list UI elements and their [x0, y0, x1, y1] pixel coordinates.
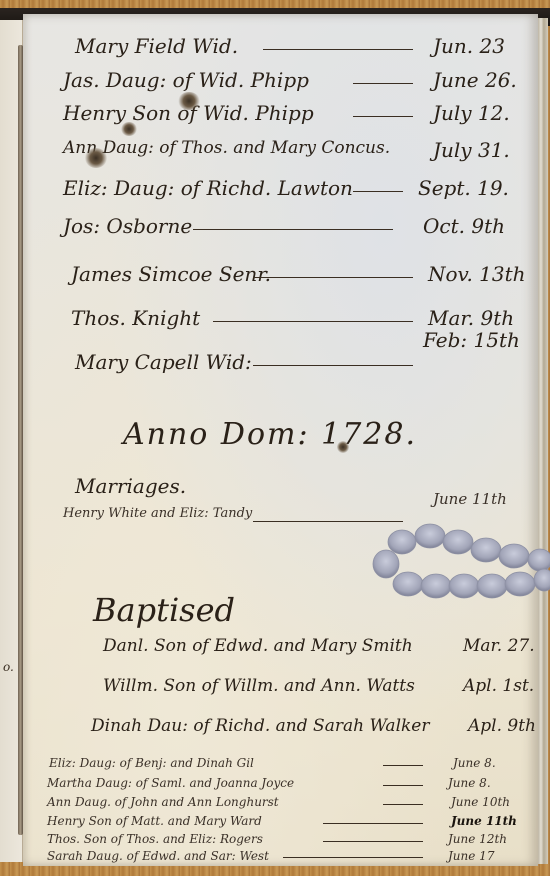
- entry-name: Mary Field Wid.: [75, 34, 238, 58]
- burial-entry: Mary Capell Wid: Feb: 15th: [23, 350, 538, 380]
- leader-dash: [193, 229, 393, 230]
- entry-date: Apl. 9th: [468, 716, 536, 736]
- burial-entry: Henry Son of Wid. Phipp July 12.: [23, 101, 538, 131]
- entry-date: Feb: 15th: [423, 328, 520, 352]
- leader-dash: [353, 116, 413, 117]
- entry-name: Sarah Daug. of Edwd. and Sar: West: [47, 849, 269, 863]
- leader-dash: [253, 277, 413, 278]
- entry-name: Eliz: Daug: of Benj: and Dinah Gil: [49, 756, 254, 770]
- baptised-heading: Baptised: [93, 591, 235, 629]
- burial-entry: Eliz: Daug: of Richd. Lawton Sept. 19.: [23, 176, 538, 206]
- entry-date: Sept. 19.: [418, 176, 509, 200]
- entry-date: Mar. 9th: [428, 306, 514, 330]
- entry-date: Apl. 1st.: [463, 676, 534, 696]
- entry-name: Dinah Dau: of Richd. and Sarah Walker: [91, 716, 430, 736]
- baptism-entry: Thos. Son of Thos. and Eliz: Rogers June…: [23, 832, 538, 850]
- baptism-entry: Danl. Son of Edwd. and Mary Smith Mar. 2…: [23, 636, 538, 666]
- entry-name: Jas. Daug: of Wid. Phipp: [63, 68, 309, 92]
- entry-date: June 8.: [448, 776, 491, 790]
- entry-name: Mary Capell Wid:: [75, 350, 252, 374]
- entry-date: June 11th: [451, 814, 517, 828]
- entry-name: Thos. Knight: [71, 306, 200, 330]
- entry-date: Oct. 9th: [423, 214, 505, 238]
- entry-name: Henry Son of Matt. and Mary Ward: [47, 814, 262, 828]
- entry-name: Danl. Son of Edwd. and Mary Smith: [103, 636, 413, 656]
- leader-dash: [323, 841, 423, 842]
- entry-date: June 8.: [453, 756, 496, 770]
- baptism-entry: Willm. Son of Willm. and Ann. Watts Apl.…: [23, 676, 538, 706]
- ink-blot: [85, 148, 107, 168]
- entry-date: June 17: [448, 849, 494, 863]
- bookmark-ribbon: [372, 518, 550, 600]
- burial-entry: Jas. Daug: of Wid. Phipp June 26.: [23, 68, 538, 98]
- entry-name: Martha Daug: of Saml. and Joanna Joyce: [47, 776, 294, 790]
- leader-dash: [253, 365, 413, 366]
- entry-name: Ann Daug. of John and Ann Longhurst: [47, 795, 279, 809]
- entry-date: Mar. 27.: [463, 636, 535, 656]
- entry-date: Nov. 13th: [428, 262, 526, 286]
- entry-name: Eliz: Daug: of Richd. Lawton: [63, 176, 353, 200]
- entry-name: Henry White and Eliz: Tandy: [63, 506, 252, 521]
- entry-date: June 12th: [448, 832, 507, 846]
- entry-name: Willm. Son of Willm. and Ann. Watts: [103, 676, 415, 696]
- ink-blot: [178, 92, 200, 110]
- entry-date: June 10th: [451, 795, 510, 809]
- entry-date: June 26.: [433, 68, 517, 92]
- baptism-entry: Martha Daug: of Saml. and Joanna Joyce J…: [23, 776, 538, 794]
- ink-blot: [337, 441, 349, 453]
- leader-dash: [383, 804, 423, 805]
- leader-dash: [323, 823, 423, 824]
- register-page: Mary Field Wid. Jun. 23 Jas. Daug: of Wi…: [23, 14, 538, 866]
- year-heading: Anno Dom: 1728.: [123, 417, 417, 452]
- leader-dash: [213, 321, 413, 322]
- entry-name: Ann Daug: of Thos. and Mary Concus.: [63, 138, 390, 158]
- entry-date: June 11th: [433, 490, 507, 508]
- leader-dash: [263, 49, 413, 50]
- baptism-entry: Dinah Dau: of Richd. and Sarah Walker Ap…: [23, 716, 538, 746]
- burial-entry: James Simcoe Senr. Nov. 13th: [23, 262, 538, 292]
- leader-dash: [353, 83, 413, 84]
- entry-name: Jos: Osborne: [63, 214, 192, 238]
- burial-entry: Jos: Osborne Oct. 9th: [23, 214, 538, 244]
- entry-name: Thos. Son of Thos. and Eliz: Rogers: [47, 832, 263, 846]
- entry-date: July 31.: [433, 138, 510, 162]
- entry-date: Jun. 23: [433, 34, 505, 58]
- ink-blot: [121, 122, 137, 136]
- baptism-entry: Eliz: Daug: of Benj: and Dinah Gil June …: [23, 756, 538, 774]
- leader-dash: [383, 785, 423, 786]
- leader-dash: [283, 857, 423, 858]
- marriages-heading: Marriages.: [75, 474, 186, 498]
- baptism-entry: Henry Son of Matt. and Mary Ward June 11…: [23, 814, 538, 832]
- leader-dash: [383, 765, 423, 766]
- baptism-entry: Sarah Daug. of Edwd. and Sar: West June …: [23, 849, 538, 865]
- leader-dash: [353, 191, 403, 192]
- baptism-entry: Ann Daug. of John and Ann Longhurst June…: [23, 795, 538, 813]
- burial-entry: Mary Field Wid. Jun. 23: [23, 34, 538, 64]
- entry-name: James Simcoe Senr.: [71, 262, 271, 286]
- page-gutter-binding: [18, 45, 23, 835]
- entry-date: July 12.: [433, 101, 510, 125]
- facing-page-fragment: o.: [3, 660, 14, 674]
